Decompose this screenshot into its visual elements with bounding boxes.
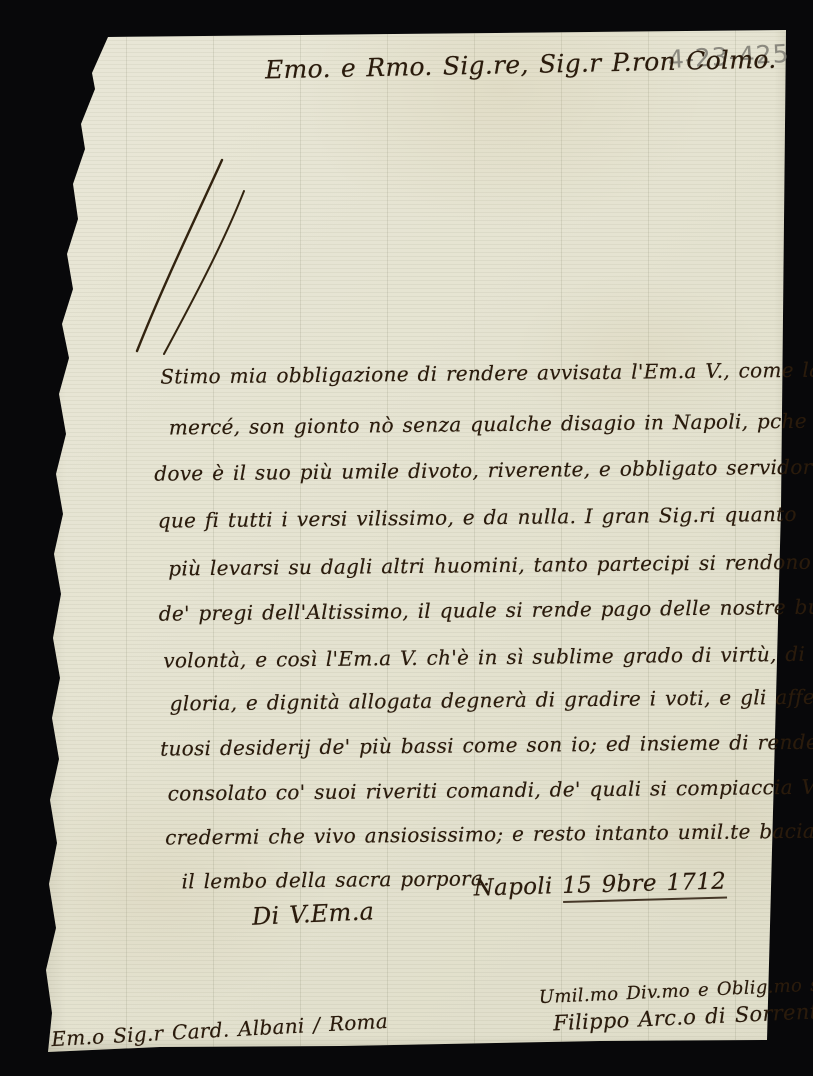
valediction: Di V.Em.a (251, 897, 374, 931)
manuscript-line: tuosi desiderij de' più bassi come son i… (160, 729, 813, 760)
manuscript-line: que fi tutti i versi vilissimo, e da nul… (158, 502, 797, 533)
manuscript-line: Stimo mia obbligazione di rendere avvisa… (160, 357, 813, 388)
manuscript-line: credermi che vivo ansiosissimo; e resto … (165, 818, 813, 849)
address-line: Em.o Sig.r Card. Albani / Roma (51, 1009, 389, 1051)
dateline-place: Napoli (473, 873, 553, 901)
manuscript-line: gloria, e dignità allogata degnerà di gr… (170, 685, 813, 716)
scan-background: 4-23-425 Emo. e Rmo. Sig.re, Sig.r P.ron… (0, 0, 813, 1076)
manuscript-line: più levarsi su dagli altri huomini, tant… (168, 549, 813, 580)
manuscript-line: consolato co' suoi riveriti comandi, de'… (168, 774, 813, 806)
manuscript-line: volontà, e così l'Em.a V. ch'è in sì sub… (163, 642, 805, 673)
letter-body: Stimo mia obbligazione di rendere avvisa… (0, 0, 813, 1076)
manuscript-line: il lembo della sacra porpora. (181, 866, 490, 893)
dateline: Napoli 15 9bre 1712 (473, 868, 726, 901)
manuscript-line: de' pregi dell'Altissimo, il quale si re… (159, 594, 813, 625)
manuscript-line: dove è il suo più umile divoto, riverent… (154, 453, 813, 485)
manuscript-line: mercé, son gionto nò senza qualche disag… (169, 408, 813, 439)
dateline-date: 15 9bre 1712 (562, 868, 727, 903)
